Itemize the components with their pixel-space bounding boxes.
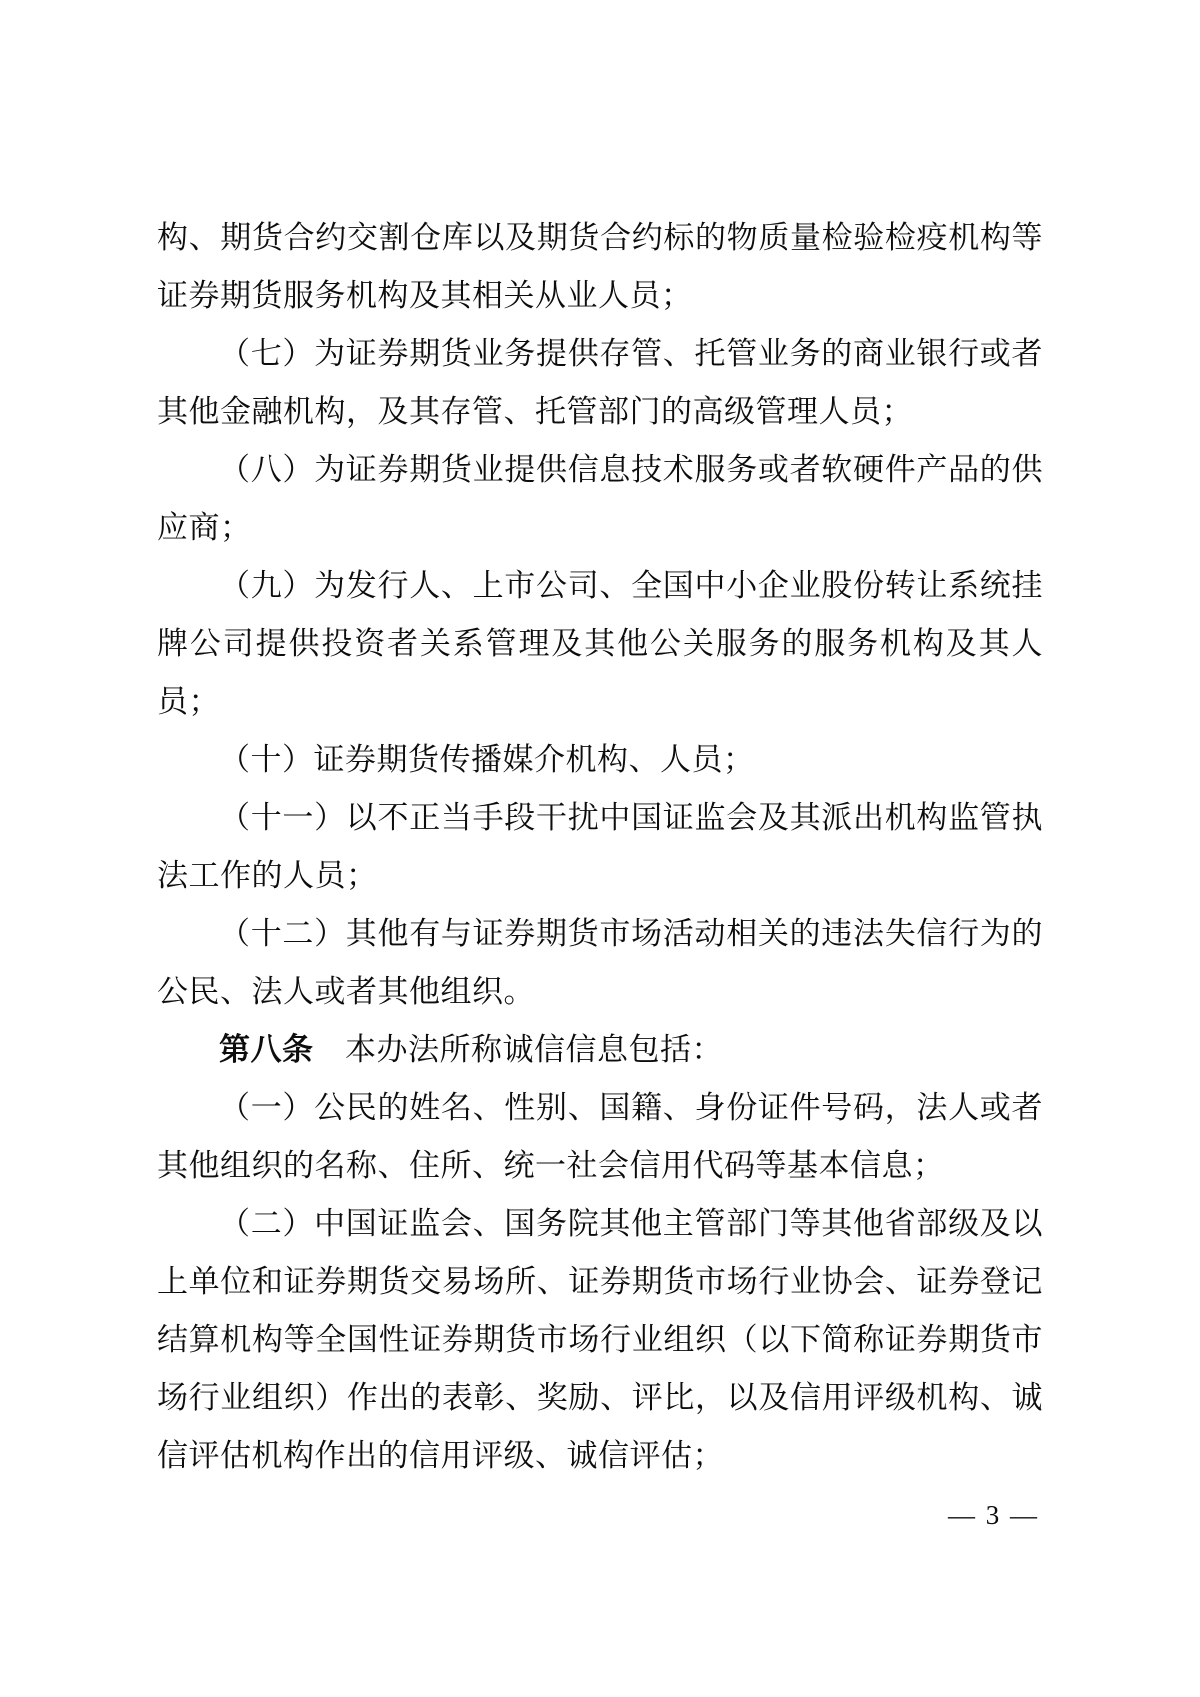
text-line: 其他组织的名称、住所、统一社会信用代码等基本信息； — [157, 1137, 1043, 1195]
text-line: 构、期货合约交割仓库以及期货合约标的物质量检验检疫机构等 — [157, 209, 1043, 267]
text-line: 信评估机构作出的信用评级、诚信评估； — [157, 1427, 1043, 1485]
text-line: （八）为证券期货业提供信息技术服务或者软硬件产品的供 — [157, 441, 1043, 499]
text-line: （十二）其他有与证券期货市场活动相关的违法失信行为的 — [157, 905, 1043, 963]
text-line: 法工作的人员； — [157, 847, 1043, 905]
page-number: — 3 — — [948, 1498, 1039, 1532]
document-text-block: 构、期货合约交割仓库以及期货合约标的物质量检验检疫机构等 证券期货服务机构及其相… — [157, 209, 1043, 1485]
article-heading-line: 第八条 本办法所称诚信信息包括： — [157, 1021, 1043, 1079]
text-line: （二）中国证监会、国务院其他主管部门等其他省部级及以 — [157, 1195, 1043, 1253]
text-line: 员； — [157, 673, 1043, 731]
text-line: （九）为发行人、上市公司、全国中小企业股份转让系统挂 — [157, 557, 1043, 615]
text-line: 牌公司提供投资者关系管理及其他公关服务的服务机构及其人 — [157, 615, 1043, 673]
text-line: 其他金融机构，及其存管、托管部门的高级管理人员； — [157, 383, 1043, 441]
text-line: 场行业组织）作出的表彰、奖励、评比，以及信用评级机构、诚 — [157, 1369, 1043, 1427]
document-page: 构、期货合约交割仓库以及期货合约标的物质量检验检疫机构等 证券期货服务机构及其相… — [0, 0, 1200, 1697]
text-line: 结算机构等全国性证券期货市场行业组织（以下简称证券期货市 — [157, 1311, 1043, 1369]
text-line: 证券期货服务机构及其相关从业人员； — [157, 267, 1043, 325]
text-line: 应商； — [157, 499, 1043, 557]
text-line: （十一）以不正当手段干扰中国证监会及其派出机构监管执 — [157, 789, 1043, 847]
article-number: 第八条 — [219, 1032, 314, 1067]
text-line: 上单位和证券期货交易场所、证券期货市场行业协会、证券登记 — [157, 1253, 1043, 1311]
text-line: 公民、法人或者其他组织。 — [157, 963, 1043, 1021]
text-line: （七）为证券期货业务提供存管、托管业务的商业银行或者 — [157, 325, 1043, 383]
text-line: （十）证券期货传播媒介机构、人员； — [157, 731, 1043, 789]
text-line: （一）公民的姓名、性别、国籍、身份证件号码，法人或者 — [157, 1079, 1043, 1137]
article-heading-text: 本办法所称诚信信息包括： — [314, 1032, 724, 1067]
